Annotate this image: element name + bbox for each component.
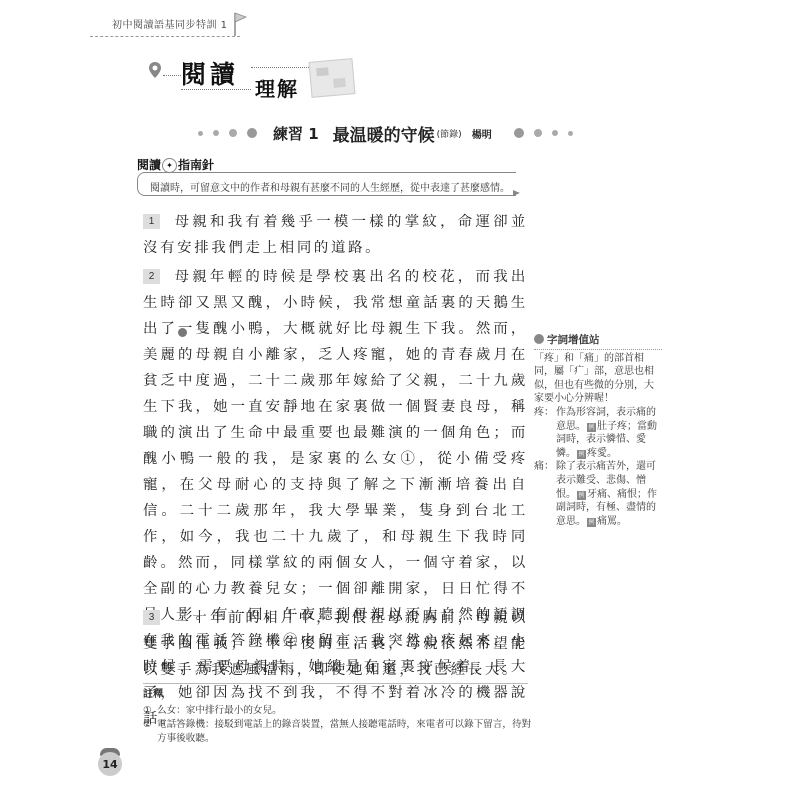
banner-title-comprehension: 理解 — [255, 73, 299, 102]
paragraph-text: 二十年前的相片中，我偎在母親胸前，母親以雙手圈住我；二十年後的生活裏，母親依然希… — [143, 610, 528, 678]
lesson-title: 最温暖的守候 — [333, 121, 435, 146]
example-badge: 例 — [577, 491, 586, 500]
definition-part: 痛罵。 — [597, 516, 627, 527]
paragraph-number: 1 — [143, 214, 160, 229]
footnote-number: ② — [143, 718, 157, 746]
definition-key: 疼： — [534, 406, 556, 460]
vocabulary-panel: 字詞增值站 「疼」和「痛」的部首相同，屬「疒」部，意思也相似，但也有些微的分別，… — [534, 334, 662, 528]
banner-title-reading: 閱讀 — [181, 55, 239, 91]
definition-text: 除了表示痛苦外，還可表示難受、悲傷、憎恨。例牙痛、痛恨；作副詞時，有極、盡情的意… — [556, 460, 662, 528]
author-name: 楊明 — [472, 126, 492, 141]
guide-title-a: 閱讀 — [137, 158, 161, 172]
running-header-text: 初中閱讀語基同步特訓 1 — [112, 16, 228, 31]
decorative-dot — [514, 128, 524, 138]
footnote-item: ① 么女：家中排行最小的女兒。 — [143, 704, 533, 718]
guide-title: 閱讀✦指南針 — [137, 156, 214, 173]
guide-title-b: 指南針 — [178, 158, 214, 172]
page-number: 14 — [98, 752, 122, 776]
dotted-path — [251, 67, 311, 68]
decorative-dot — [534, 129, 542, 137]
example-badge: 例 — [587, 423, 596, 432]
vocabulary-marker-icon — [178, 328, 187, 337]
decorative-dot — [568, 131, 573, 136]
paragraph-1: 1母親和我有着幾乎一模一樣的掌紋，命運卻並沒有安排我們走上相同的道路。 — [143, 209, 528, 261]
dotted-path — [163, 75, 181, 76]
dashed-divider — [90, 36, 240, 37]
notes-title: 註釋 — [143, 688, 533, 702]
guide-text: 閱讀時，可留意文中的作者和母親有甚麼不同的人生經歷，從中表達了甚麼感情。 — [150, 179, 510, 194]
decorative-dot — [247, 128, 257, 138]
decorative-dot — [213, 130, 219, 136]
lesson-subtitle: (節錄) — [437, 127, 462, 140]
example-badge: 例 — [587, 518, 596, 527]
notes-divider — [143, 683, 528, 684]
footnote-text: 電話答錄機：接駁到電話上的錄音裝置，當無人接聽電話時，來電者可以錄下留言，待對方… — [157, 718, 533, 746]
definition-key: 痛： — [534, 460, 556, 528]
map-pin-icon — [148, 61, 162, 79]
decorative-dot — [552, 130, 558, 136]
example-badge: 例 — [577, 450, 586, 459]
paragraph-number: 3 — [143, 610, 160, 625]
footnote-number: ① — [143, 704, 157, 718]
map-illustration — [309, 58, 356, 98]
paragraph-3: 3二十年前的相片中，我偎在母親胸前，母親以雙手圈住我；二十年後的生活裏，母親依然… — [143, 605, 528, 683]
lesson-title-row: 練習 1 最温暖的守候 (節錄) 楊明 — [198, 120, 598, 146]
footnote-item: ② 電話答錄機：接駁到電話上的錄音裝置，當無人接聽電話時，來電者可以錄下留言，待… — [143, 718, 533, 746]
plant-icon — [534, 334, 544, 344]
compass-icon: ✦ — [162, 158, 177, 173]
footnote-text: 么女：家中排行最小的女兒。 — [157, 704, 282, 718]
decorative-dot — [198, 131, 203, 136]
vocabulary-panel-title: 字詞增值站 — [534, 334, 662, 350]
vocabulary-title-text: 字詞增值站 — [547, 334, 600, 346]
flag-icon — [233, 11, 247, 37]
footnotes: 註釋 ① 么女：家中排行最小的女兒。 ② 電話答錄機：接駁到電話上的錄音裝置，當… — [143, 688, 533, 746]
lesson-number: 練習 1 — [273, 123, 319, 144]
paragraph-text: 母親和我有着幾乎一模一樣的掌紋，命運卻並沒有安排我們走上相同的道路。 — [143, 214, 528, 256]
definition-item: 痛： 除了表示痛苦外，還可表示難受、悲傷、憎恨。例牙痛、痛恨；作副詞時，有極、盡… — [534, 460, 662, 528]
section-banner: 閱讀 理解 — [145, 55, 360, 115]
definition-text: 作為形容詞，表示痛的意思。例肚子疼；當動詞時，表示憐惜、愛憐。例疼愛。 — [556, 406, 662, 460]
arrow-icon — [513, 190, 520, 196]
definition-item: 疼： 作為形容詞，表示痛的意思。例肚子疼；當動詞時，表示憐惜、愛憐。例疼愛。 — [534, 406, 662, 460]
decorative-dot — [229, 129, 237, 137]
vocabulary-intro: 「疼」和「痛」的部首相同，屬「疒」部，意思也相似，但也有些微的分別，大家要小心分… — [534, 352, 662, 406]
definition-part: 疼愛。 — [587, 448, 617, 459]
paragraph-number: 2 — [143, 269, 160, 284]
running-header: 初中閱讀語基同步特訓 1 — [90, 13, 240, 35]
